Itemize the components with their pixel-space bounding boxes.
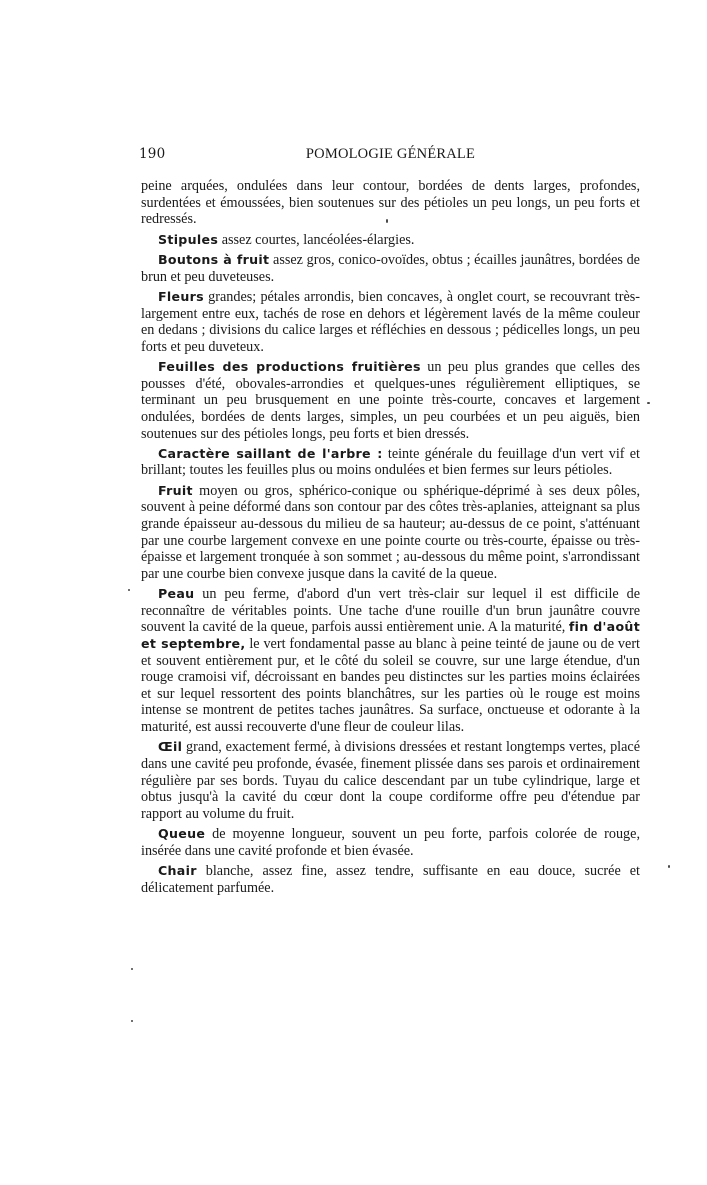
scan-speck (131, 1020, 133, 1022)
page-header: 190 POMOLOGIE GÉNÉRALE (141, 146, 640, 168)
paragraph-chair: Chair blanche, assez fine, assez tendre,… (141, 863, 640, 896)
paragraph-heading: Fruit (158, 483, 193, 498)
book-page: 190 POMOLOGIE GÉNÉRALE peine arquées, on… (141, 146, 640, 900)
paragraph-text: grandes; pétales arrondis, bien concaves… (141, 289, 640, 355)
running-title: POMOLOGIE GÉNÉRALE (141, 146, 640, 163)
paragraph-text: peine arquées, ondulées dans leur contou… (141, 178, 640, 227)
paragraph-text: de moyenne longueur, souvent un peu fort… (141, 826, 640, 859)
paragraph-heading: Feuilles des productions fruitières (158, 359, 421, 374)
paragraph-text: grand, exactement fermé, à divisions dre… (141, 739, 640, 821)
paragraph-peau: Peau un peu ferme, d'abord d'un vert trè… (141, 586, 640, 735)
paragraph-heading: Peau (158, 586, 194, 601)
paragraph-fleurs: Fleurs grandes; pétales arrondis, bien c… (141, 289, 640, 355)
scan-speck (647, 402, 650, 404)
scan-speck (668, 865, 670, 868)
scan-speck (386, 219, 388, 223)
paragraph-text: blanche, assez fine, assez tendre, suffi… (141, 863, 640, 896)
paragraph-boutons: Boutons à fruit assez gros, conico-ovoïd… (141, 252, 640, 285)
paragraph-queue: Queue de moyenne longueur, souvent un pe… (141, 826, 640, 859)
page-body: peine arquées, ondulées dans leur contou… (141, 178, 640, 896)
paragraph-heading: Boutons à fruit (158, 252, 269, 267)
paragraph-text: moyen ou gros, sphérico-conique ou sphér… (141, 483, 640, 582)
paragraph-continuation: peine arquées, ondulées dans leur contou… (141, 178, 640, 228)
paragraph-text: un peu ferme, d'abord d'un vert très-cla… (141, 586, 640, 635)
paragraph-text: assez courtes, lancéolées-élargies. (218, 232, 414, 248)
paragraph-caractere: Caractère saillant de l'arbre : teinte g… (141, 446, 640, 479)
paragraph-heading: Chair (158, 863, 197, 878)
paragraph-heading: Fleurs (158, 289, 204, 304)
paragraph-heading: Œil (158, 739, 182, 754)
paragraph-heading: Stipules (158, 232, 218, 247)
paragraph-heading: Caractère saillant de l'arbre : (158, 446, 383, 461)
scan-speck (131, 968, 133, 970)
scan-speck (128, 589, 130, 591)
paragraph-fruit: Fruit moyen ou gros, sphérico-conique ou… (141, 483, 640, 583)
paragraph-oeil: Œil grand, exactement fermé, à divisions… (141, 739, 640, 822)
paragraph-stipules: Stipules assez courtes, lancéolées-élarg… (141, 232, 640, 249)
paragraph-heading: Queue (158, 826, 205, 841)
paragraph-feuilles: Feuilles des productions fruitières un p… (141, 359, 640, 442)
